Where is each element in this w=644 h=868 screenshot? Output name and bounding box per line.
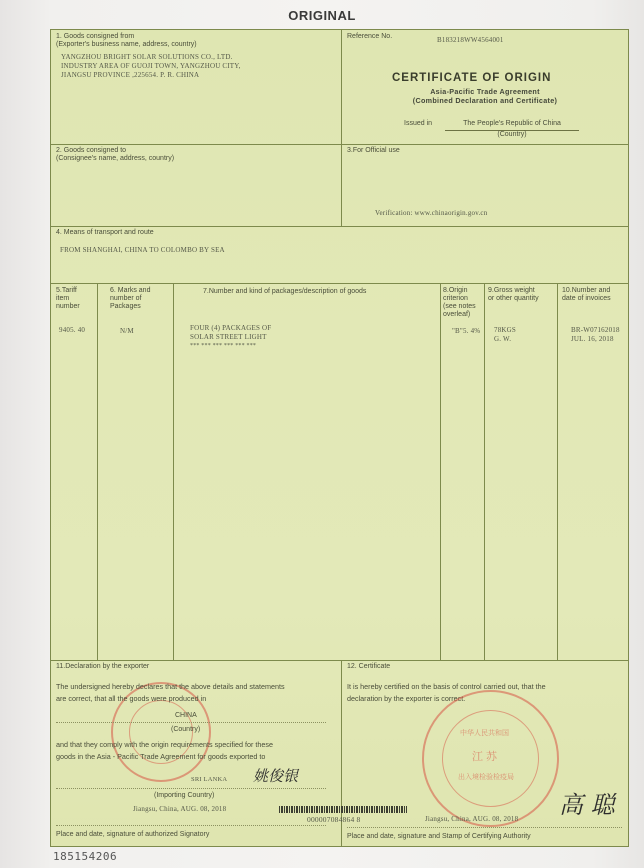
producing-country: CHINA xyxy=(175,712,197,721)
document-heading: ORIGINAL xyxy=(0,8,644,23)
certificate-title: CERTIFICATE OF ORIGIN xyxy=(392,72,551,84)
certificate-label: 12. Certificate xyxy=(347,663,390,672)
certificate-subtitle: (Combined Declaration and Certificate) xyxy=(342,96,628,105)
certificate-text: It is hereby certified on the basis of c… xyxy=(347,683,546,692)
divider xyxy=(51,660,628,661)
description-line: SOLAR STREET LIGHT xyxy=(190,333,267,342)
issued-in-label: Issued in xyxy=(404,120,432,129)
col-header-description: 7.Number and kind of packages/descriptio… xyxy=(203,288,366,297)
transport-label: 4. Means of transport and route xyxy=(56,229,154,238)
authority-stamp-center: 江 苏 xyxy=(472,748,497,764)
dotted-line xyxy=(56,788,326,789)
importing-country: SRI LANKA xyxy=(191,775,227,784)
barcode-number: 000007084864 8 xyxy=(307,815,360,824)
certificate-subtitle: Asia-Pacific Trade Agreement xyxy=(342,87,628,96)
certificate-text: declaration by the exporter is correct. xyxy=(347,695,465,704)
col-header-marks: Packages xyxy=(110,303,141,312)
divider xyxy=(51,226,628,227)
consignee-sublabel: (Consignee's name, address, country) xyxy=(56,155,174,164)
divider xyxy=(557,283,558,660)
exporter-signature: 姚俊银 xyxy=(253,765,298,786)
invoice-number: BR-W07162018 xyxy=(571,326,620,335)
authority-footer: Place and date, signature and Stamp of C… xyxy=(347,833,531,842)
issued-in-caption: (Country) xyxy=(445,131,579,140)
col-header-invoice: date of invoices xyxy=(562,295,611,304)
transport-route: FROM SHANGHAI, CHINA TO COLOMBO BY SEA xyxy=(60,246,225,255)
col-header-weight: or other quantity xyxy=(488,295,539,304)
certificate-form: 1. Goods consigned from (Exporter's busi… xyxy=(50,29,629,847)
authority-stamp-top: 中华人民共和国 xyxy=(460,728,509,738)
authority-place-date: Jiangsu, China, AUG. 08, 2018 xyxy=(425,815,518,824)
declaration-text: goods in the Asia - Pacific Trade Agreem… xyxy=(56,753,265,762)
col-header-tariff: number xyxy=(56,303,80,312)
description-line: FOUR (4) PACKAGES OF xyxy=(190,324,271,333)
authority-stamp-bottom: 出入境检验检疫局 xyxy=(458,772,514,782)
verification-text: Verification: www.chinaorigin.gov.cn xyxy=(375,209,487,218)
exporter-sublabel: (Exporter's business name, address, coun… xyxy=(56,41,197,50)
producing-country-caption: (Country) xyxy=(171,726,200,735)
divider xyxy=(484,283,485,660)
marks-value: N/M xyxy=(120,327,134,336)
exporter-footer: Place and date, signature of authorized … xyxy=(56,831,209,840)
origin-value: "B"5. 4% xyxy=(452,327,480,336)
exporter-place-date: Jiangsu, China, AUG. 08, 2018 xyxy=(133,805,226,814)
exporter-line: YANGZHOU BRIGHT SOLAR SOLUTIONS CO., LTD… xyxy=(61,53,233,62)
authority-stamp: 江 苏 中华人民共和国 出入境检验检疫局 xyxy=(422,690,559,827)
declaration-text: are correct, that all the goods were pro… xyxy=(56,695,206,704)
reference-number: B183218WW4564001 xyxy=(437,36,504,45)
divider xyxy=(97,283,98,660)
divider xyxy=(51,283,628,284)
description-line: *** *** *** *** *** *** xyxy=(190,342,256,351)
exporter-line: INDUSTRY AREA OF GUOJI TOWN, YANGZHOU CI… xyxy=(61,62,241,71)
authority-signature: 高 聪 xyxy=(559,785,615,820)
col-header-origin: overleaf) xyxy=(443,311,470,320)
dotted-line xyxy=(56,722,326,723)
exporter-line: JIANGSU PROVINCE ,225654. P. R. CHINA xyxy=(61,71,199,80)
dotted-line xyxy=(347,827,622,828)
divider xyxy=(51,144,628,145)
declaration-text: and that they comply with the origin req… xyxy=(56,741,273,750)
barcode xyxy=(279,806,407,813)
invoice-date: JUL. 16, 2018 xyxy=(571,335,614,344)
serial-number: 185154206 xyxy=(53,850,117,863)
weight-unit: G. W. xyxy=(494,335,511,344)
declaration-text: The undersigned hereby declares that the… xyxy=(56,683,285,692)
issued-in-country: The People's Republic of China xyxy=(445,120,579,131)
tariff-value: 9405. 40 xyxy=(59,326,85,335)
official-use-label: 3.For Official use xyxy=(347,147,400,156)
reference-label: Reference No. xyxy=(347,33,392,42)
dotted-line xyxy=(56,825,326,826)
importing-country-caption: (Importing Country) xyxy=(154,792,214,801)
divider xyxy=(173,283,174,660)
weight-value: 78KGS xyxy=(494,326,516,335)
divider xyxy=(341,30,342,226)
declaration-label: 11.Declaration by the exporter xyxy=(56,663,149,672)
divider xyxy=(440,283,441,660)
